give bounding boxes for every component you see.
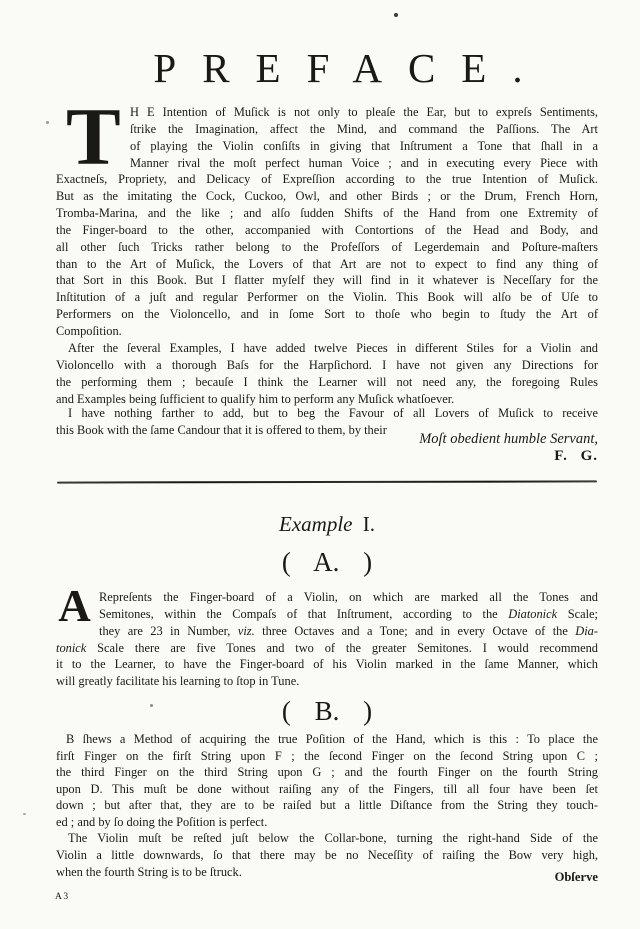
text-line: H E Intention of Muſick is not only to p…: [56, 104, 598, 121]
section-b-paragraph: B ſhews a Method of acquiring the true P…: [56, 731, 598, 830]
text-line: I have nothing farther to add, but to be…: [56, 405, 598, 422]
text-line: Repreſents the Finger-board of a Violin,…: [56, 589, 598, 606]
text-line: Compoſition.: [56, 323, 598, 340]
text-line: Performers on the Violoncello, and in ſo…: [56, 306, 598, 323]
text-line: Violoncello with a thorough Baſs for the…: [56, 357, 598, 374]
author-initials: F. G.: [56, 448, 608, 465]
section-b-heading: ( B. ): [56, 696, 598, 727]
text-line: ed ; and by ſo doing the Poſition is per…: [56, 814, 598, 831]
drop-cap-a: A: [58, 590, 91, 624]
text-line: Violin a little downwards, ſo that there…: [56, 847, 598, 864]
paragraph-lines: After the ſeveral Examples, I have added…: [56, 340, 598, 407]
catchword: Obſerve: [56, 869, 598, 886]
salutation: Moſt obedient humble Servant,: [56, 431, 631, 448]
text-line: firſt Finger on the firſt String upon F …: [56, 748, 598, 765]
scan-speck: [150, 704, 153, 707]
scanned-book-page: PREFACE. T H E Intention of Muſick is no…: [0, 0, 640, 929]
text-line: Tromba-Marina, and the like ; and alſo ſ…: [56, 205, 598, 222]
text-line: upon D. This muſt be done without raiſin…: [56, 781, 598, 798]
text-line: B ſhews a Method of acquiring the true P…: [56, 731, 598, 748]
page-title: PREFACE.: [56, 46, 622, 91]
text-line: Semitones, within the Compaſs of that In…: [56, 606, 598, 623]
section-a-paragraph: A Repreſents the Finger-board of a Violi…: [56, 589, 598, 690]
text-line: will greatly facilitate his learning to …: [56, 673, 598, 690]
text-line: The Violin muſt be reſted juſt below the…: [56, 830, 598, 847]
text-line: it to the Learner, to have the Finger-bo…: [56, 656, 598, 673]
text-line: the performing them ; becauſe I think th…: [56, 374, 598, 391]
section-divider-rule: [57, 480, 597, 483]
text-line: down ; but after that, they are to be ra…: [56, 797, 598, 814]
preface-paragraph-2: After the ſeveral Examples, I have added…: [56, 340, 598, 407]
signature-mark: A3: [55, 892, 70, 902]
text-line: than to the Art of Muſick, the Lovers of…: [56, 256, 598, 273]
paragraph-lines: B ſhews a Method of acquiring the true P…: [56, 731, 598, 830]
text-line: But as the imitating the Cock, Cuckoo, O…: [56, 188, 598, 205]
text-line: that Sort in this Book. But I flatter my…: [56, 272, 598, 289]
drop-cap-t: T: [66, 106, 116, 168]
text-line: they are 23 in Number, viz. three Octave…: [56, 623, 598, 640]
text-line: of playing the Violin conſiſts in giving…: [56, 138, 598, 155]
preface-paragraph-1: T H E Intention of Muſick is not only to…: [56, 104, 598, 340]
text-line: After the ſeveral Examples, I have added…: [56, 340, 598, 357]
paragraph-lines: H E Intention of Muſick is not only to p…: [56, 104, 598, 340]
scan-speck: [394, 13, 398, 17]
text-line: Manner rival the moſt perfect human Voic…: [56, 155, 598, 172]
scan-speck: [46, 121, 49, 124]
text-line: the third Finger on the third String upo…: [56, 764, 598, 781]
text-line: tonick Scale there are five Tones and tw…: [56, 640, 598, 657]
text-line: ſtrike the Imagination, affect the Mind,…: [56, 121, 598, 138]
text-line: Exactneſs, Propriety, and Delicacy of Ex…: [56, 171, 598, 188]
example-heading: Example I.: [56, 512, 598, 537]
text-line: Inſtitution of a juſt and regular Perfor…: [56, 289, 598, 306]
scan-speck: [23, 813, 26, 815]
section-a-heading: ( A. ): [56, 547, 598, 578]
text-line: all other ſuch Tricks rather belong to t…: [56, 239, 598, 256]
paragraph-lines: Repreſents the Finger-board of a Violin,…: [56, 589, 598, 690]
text-line: the Finger-board to the other, accompani…: [56, 222, 598, 239]
